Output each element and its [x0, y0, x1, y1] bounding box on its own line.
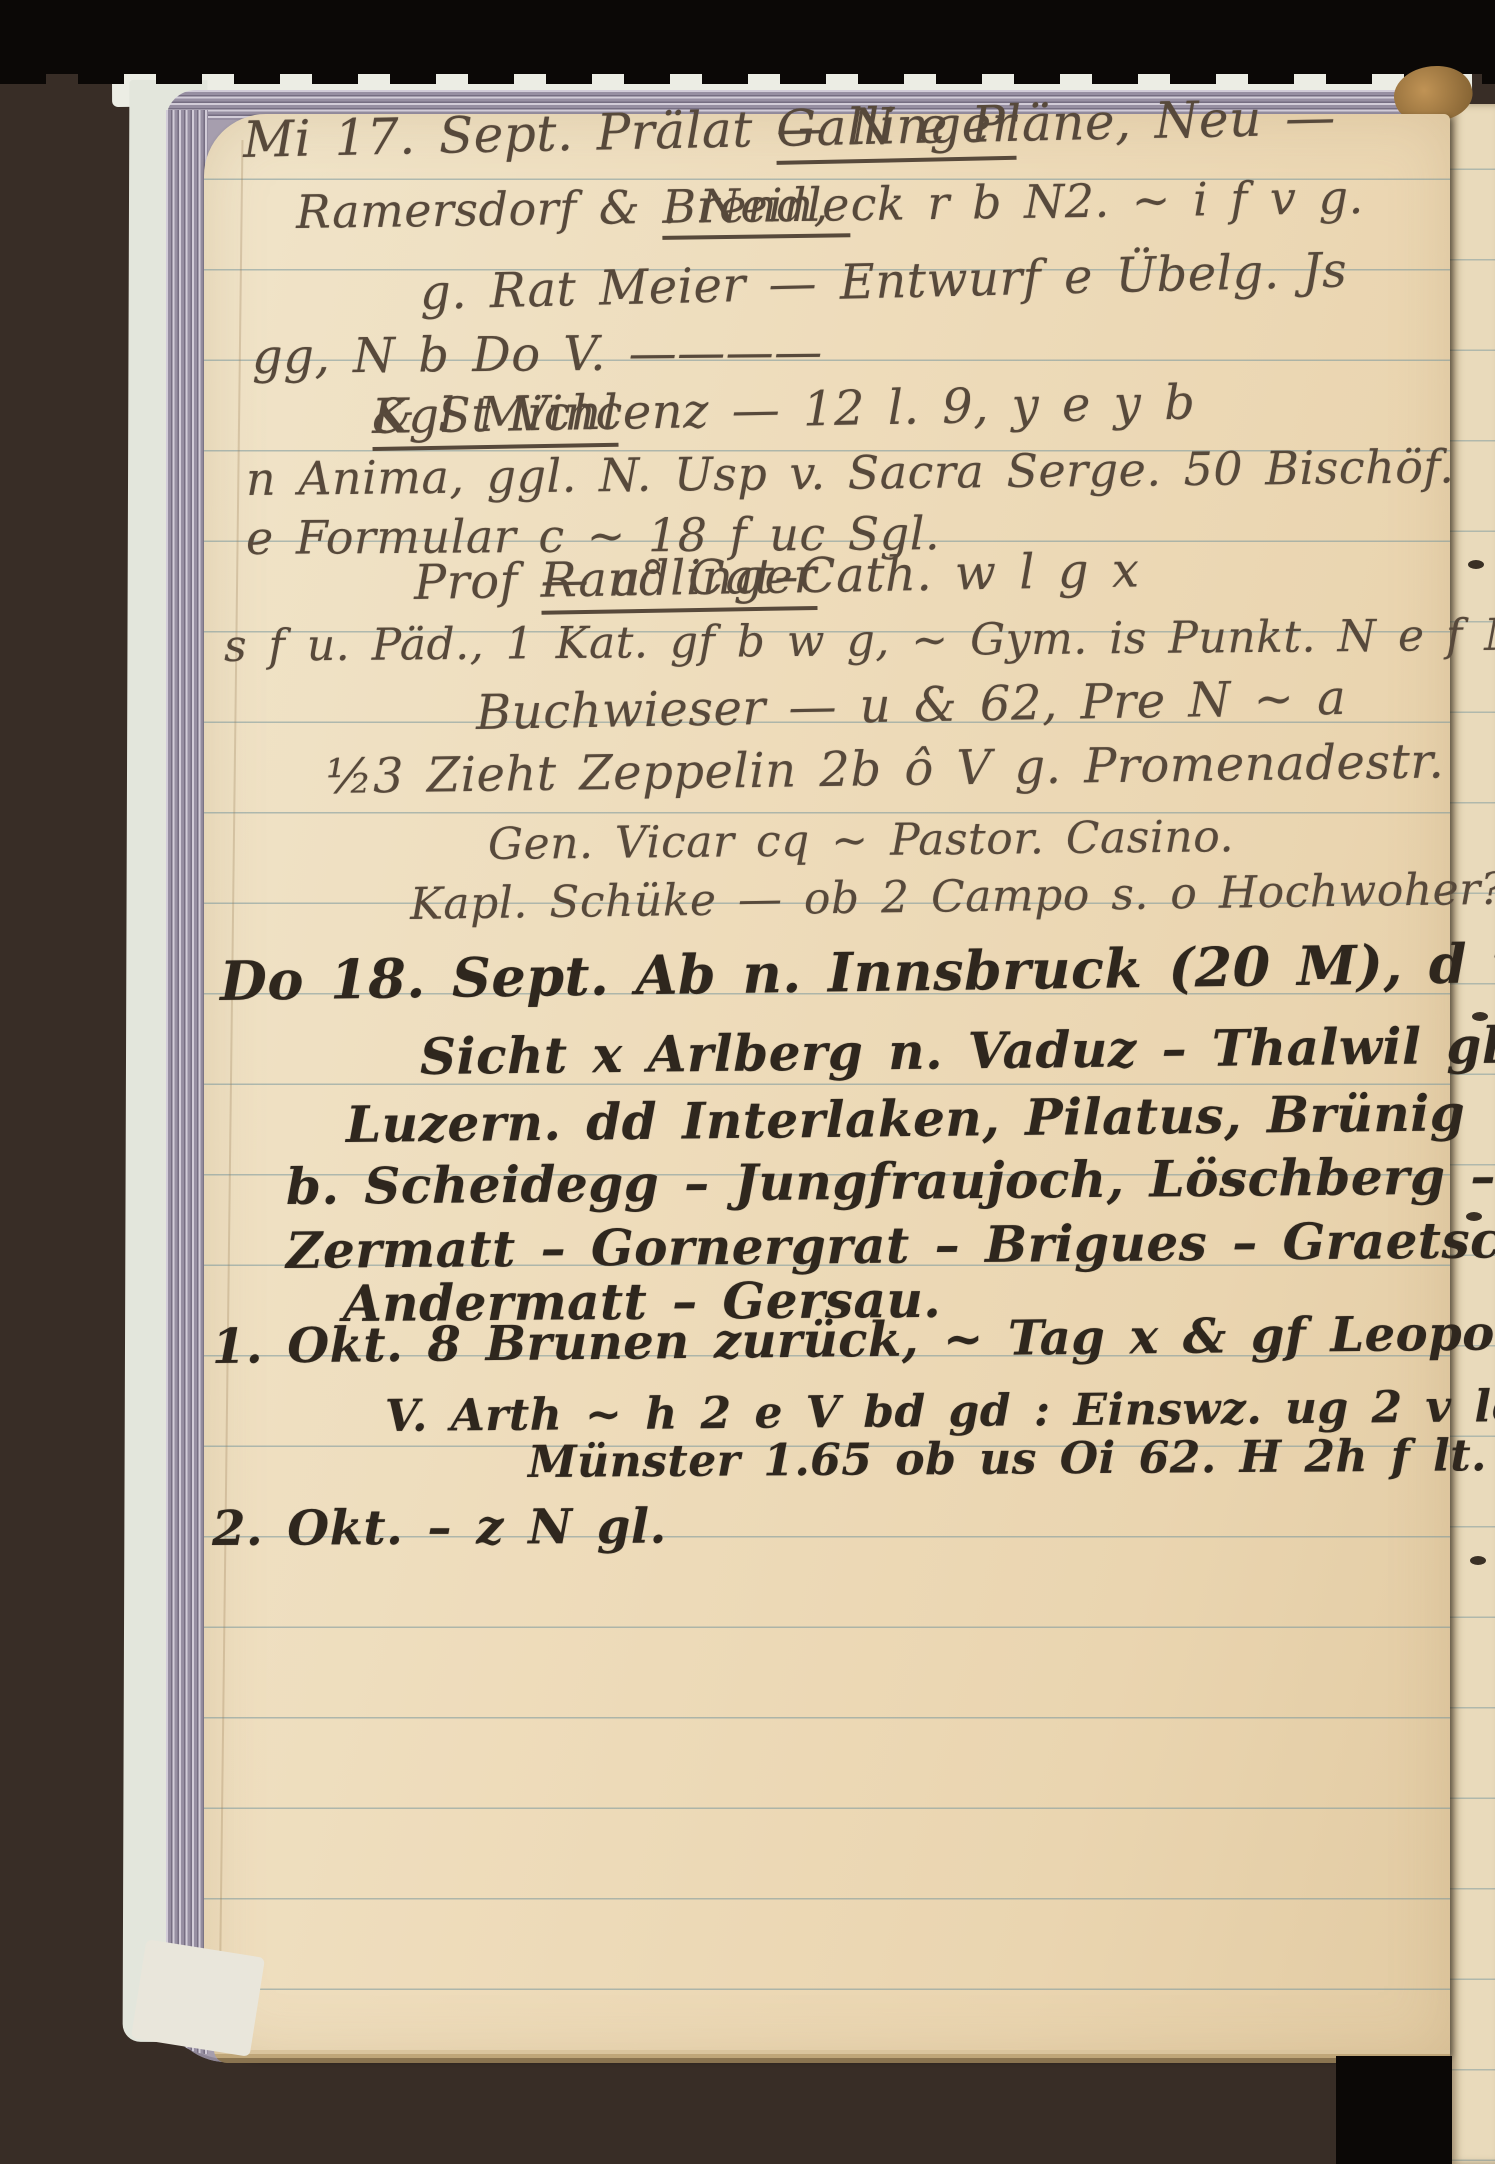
handwritten-line: Kapl. Schüke — ob 2 Campo s. o Hochwoher…: [410, 865, 1495, 931]
facing-page-ink-speck: [1472, 1012, 1488, 1021]
handwritten-line: Prof Randlinger — a° Cat–Cath. w l g x: [414, 543, 1140, 611]
handwritten-line: Buchwieser — u & 62, Pre N ~ a: [476, 671, 1347, 741]
handwritten-line: Mi 17. Sept. Prälat Gallinger — N e Plän…: [242, 89, 1336, 169]
handwritten-line: n Anima, ggl. N. Usp v. Sacra Serge. 50 …: [246, 440, 1455, 506]
handwritten-line: s f u. Päd., 1 Kat. gf b w g, ~ Gym. is …: [224, 611, 1495, 673]
underlined-name: Randlinger: [540, 549, 817, 615]
facing-page-ink-speck: [1470, 1556, 1486, 1565]
underlined-name: Kgl Michl: [372, 386, 619, 451]
handwritten-line: g. Rat Meier — Entwurf e Übelg. Js: [419, 243, 1347, 321]
handwritten-line: ½3 Zieht Zeppelin 2b ô V g. Promenadestr…: [326, 734, 1445, 805]
facing-page-ink-speck: [1468, 560, 1484, 569]
underlined-name: Brendle: [662, 178, 850, 240]
handwritten-line: Sicht x Arlberg n. Vaduz – Thalwil gl –: [420, 1016, 1495, 1085]
handwritten-line: Gen. Vicar cq ~ Pastor. Casino.: [488, 812, 1234, 870]
ink-layer: Mi 17. Sept. Prälat Gallinger — N e Plän…: [0, 0, 1495, 2164]
handwritten-line: Luzern. dd Interlaken, Pilatus, Brünig: [346, 1084, 1466, 1153]
handwritten-line: Do 18. Sept. Ab n. Innsbruck (20 M), d v…: [220, 929, 1495, 1012]
handwritten-line: Münster 1.65 ob us Oi 62. H 2h f lt.: [528, 1431, 1487, 1488]
handwritten-line: 2. Okt. – z N gl.: [212, 1500, 667, 1558]
handwritten-line: Zermatt – Gornergrat – Brigues – Graetsc…: [286, 1211, 1495, 1280]
underlined-name: Gallinger: [776, 96, 1017, 165]
handwritten-line: b. Scheidegg – Jungfraujoch, Löschberg –: [286, 1147, 1495, 1215]
facing-page-ink-speck: [1466, 1212, 1482, 1221]
handwritten-line: Kgl Michl & St Vincenz — 12 l. 9, y e y …: [372, 376, 1196, 446]
handwritten-line: gg, N b Do V. ————: [252, 325, 823, 385]
scanned-notebook-photo: Mi 17. Sept. Prälat Gallinger — N e Plän…: [0, 0, 1495, 2164]
handwritten-line: Ramersdorf & Brendle. Nein, ck r b N2. ~…: [296, 171, 1364, 239]
